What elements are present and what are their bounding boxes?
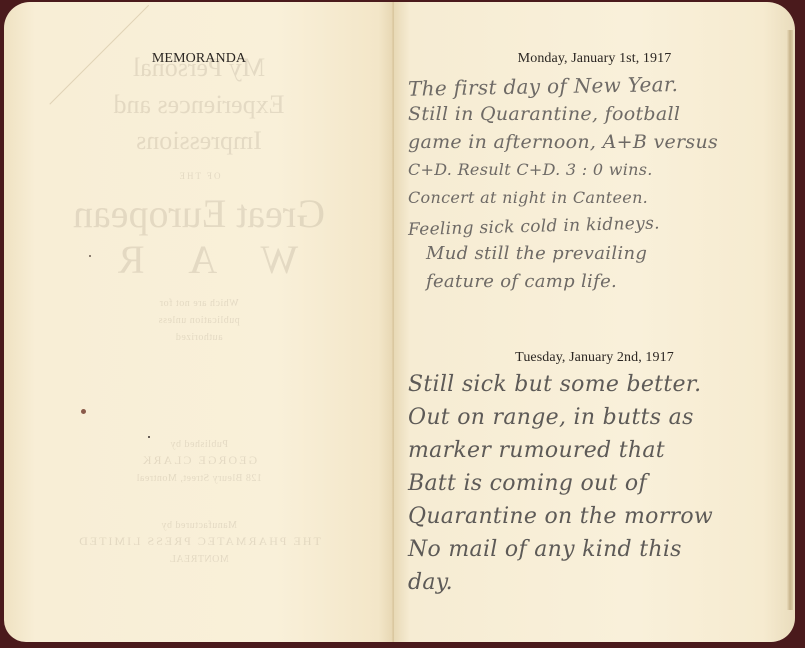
handwritten-line: game in afternoon, A+B versus (408, 128, 718, 156)
bleed-line: OF THE (4, 172, 394, 182)
bleed-line: Experiences and (4, 91, 394, 120)
handwritten-line: Mud still the prevailing (408, 240, 718, 268)
ink-spot (148, 436, 150, 438)
ink-spot (81, 409, 86, 414)
memoranda-heading: MEMORANDA (4, 51, 394, 67)
handwritten-line: feature of camp life. (408, 268, 718, 296)
handwritten-line: Still in Quarantine, football (408, 100, 718, 128)
bleed-line: W A R (4, 238, 394, 282)
handwritten-line: Feeling sick cold in kidneys. (408, 208, 719, 244)
diary-entry-jan-1: The first day of New Year. Still in Quar… (408, 72, 718, 296)
right-page: Monday, January 1st, 1917 The first day … (394, 2, 795, 642)
handwritten-line: marker rumoured that (408, 434, 713, 467)
bleed-line: Published by (4, 439, 394, 450)
bleed-line: 128 Bleury Street, Montreal (4, 473, 394, 484)
handwritten-line: Batt is coming out of (408, 467, 713, 500)
diary-entry-jan-2: Still sick but some better. Out on range… (408, 368, 713, 599)
bleed-line: GEORGE CLARK (4, 454, 394, 467)
bleed-line: Great European (4, 192, 394, 236)
handwritten-line: Quarantine on the morrow (408, 500, 713, 533)
handwritten-line: Out on range, in butts as (408, 401, 713, 434)
bleed-line: MONTREAL (4, 554, 394, 565)
handwritten-line: Concert at night in Canteen. (408, 184, 718, 212)
entry-date-heading: Tuesday, January 2nd, 1917 (394, 350, 795, 366)
left-page: My Personal Experiences and Impressions … (4, 2, 394, 642)
handwritten-line: day. (408, 566, 713, 599)
page-fore-edge (787, 30, 793, 610)
ink-spot (89, 255, 91, 257)
bleed-line: THE PHARMATEC PRESS LIMITED (4, 535, 394, 548)
bleed-line: Impressions (4, 127, 394, 156)
handwritten-line: The first day of New Year. (408, 69, 718, 102)
handwritten-line: C+D. Result C+D. 3 : 0 wins. (408, 156, 718, 184)
handwritten-line: Still sick but some better. (408, 368, 713, 401)
bleed-through-text: My Personal Experiences and Impressions … (4, 52, 394, 565)
bleed-line: Which are not for (4, 298, 394, 309)
entry-date-heading: Monday, January 1st, 1917 (394, 51, 795, 67)
handwritten-line: No mail of any kind this (408, 533, 713, 566)
diary-spread: My Personal Experiences and Impressions … (0, 0, 805, 648)
bleed-line: Manufactured by (4, 520, 394, 531)
bleed-line: publication unless (4, 315, 394, 326)
bleed-line: authorized (4, 332, 394, 343)
